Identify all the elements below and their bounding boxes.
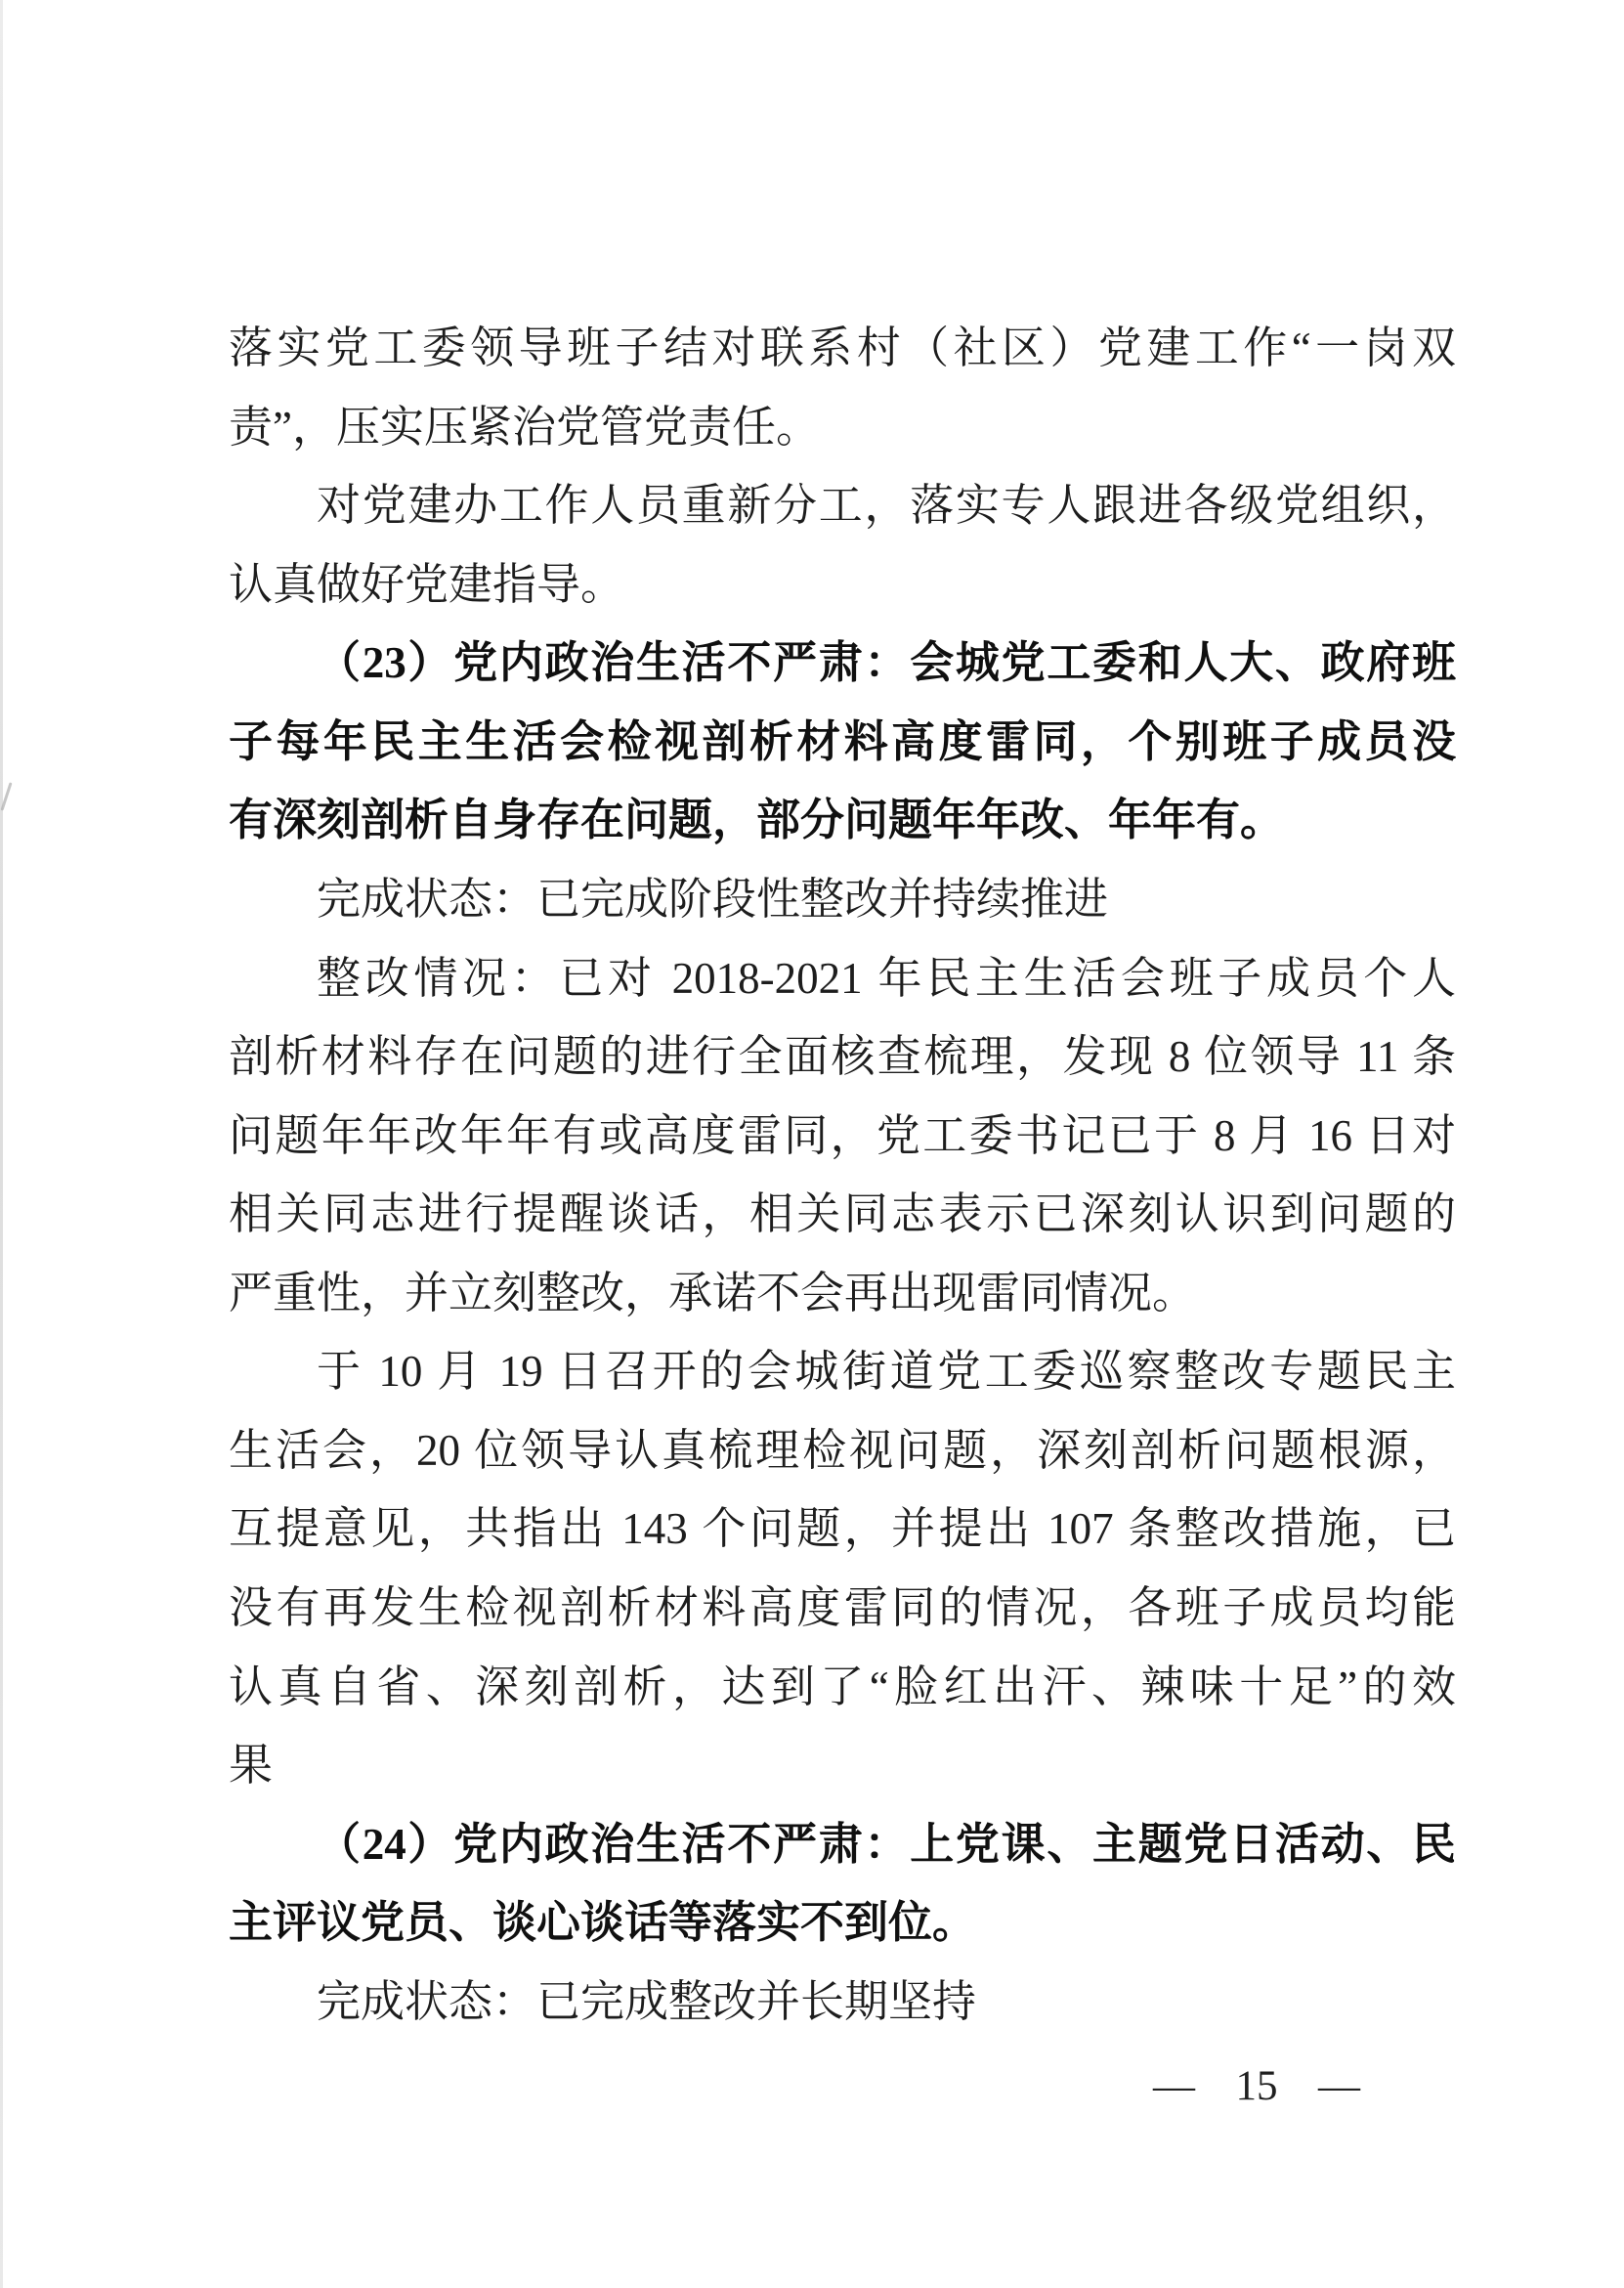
text-line: 剖析材料存在问题的进行全面核查梳理，发现 8 位领导 11 条 xyxy=(229,1017,1456,1097)
text-line: 没有再发生检视剖析材料高度雷同的情况，各班子成员均能 xyxy=(229,1569,1456,1648)
footer-right-dash: — xyxy=(1318,2058,1360,2115)
document-body: 落实党工委领导班子结对联系村（社区）党建工作“一岗双 责”，压实压紧治党管党责任… xyxy=(229,309,1456,2041)
document-page: 落实党工委领导班子结对联系村（社区）党建工作“一岗双 责”，压实压紧治党管党责任… xyxy=(0,0,1624,2288)
text-line: 整改情况：已对 2018-2021 年民主生活会班子成员个人 xyxy=(229,939,1456,1018)
text-line: 认真自省、深刻剖析，达到了“脸红出汗、辣味十足”的效 xyxy=(229,1648,1456,1727)
issue-heading-line: （24）党内政治生活不严肃：上党课、主题党日活动、民 xyxy=(229,1805,1456,1884)
text-line: 生活会，20 位领导认真梳理检视问题，深刻剖析问题根源， xyxy=(229,1411,1456,1490)
paragraph-dangjianban: 对党建办工作人员重新分工，落实专人跟进各级党组织， 认真做好党建指导。 xyxy=(229,466,1456,624)
text-line: 落实党工委领导班子结对联系村（社区）党建工作“一岗双 xyxy=(229,309,1456,388)
page-number: 15 xyxy=(1236,2058,1278,2115)
text-line: 于 10 月 19 日召开的会城街道党工委巡察整改专题民主 xyxy=(229,1332,1456,1411)
text-line: 相关同志进行提醒谈话，相关同志表示已深刻认识到问题的 xyxy=(229,1175,1456,1254)
text-line: 严重性，并立刻整改，承诺不会再出现雷同情况。 xyxy=(229,1254,1456,1333)
issue-heading-line: 主评议党员、谈心谈话等落实不到位。 xyxy=(229,1883,1456,1963)
page-footer: — 15 — xyxy=(1153,2058,1360,2115)
issue-24-heading: （24）党内政治生活不严肃：上党课、主题党日活动、民 主评议党员、谈心谈话等落实… xyxy=(229,1805,1456,1963)
issue-heading-line: （23）党内政治生活不严肃：会城党工委和人大、政府班 xyxy=(229,624,1456,703)
issue-heading-line: 有深刻剖析自身存在问题，部分问题年年改、年年有。 xyxy=(229,781,1456,860)
text-line: 互提意见，共指出 143 个问题，并提出 107 条整改措施，已 xyxy=(229,1489,1456,1569)
completion-status-line: 完成状态：已完成整改并长期坚持 xyxy=(229,1963,1456,2042)
issue-23-rectification-details: 整改情况：已对 2018-2021 年民主生活会班子成员个人 剖析材料存在问题的… xyxy=(229,939,1456,1333)
text-line: 果 xyxy=(229,1726,1456,1805)
issue-heading-line: 子每年民主生活会检视剖析材料高度雷同，个别班子成员没 xyxy=(229,703,1456,782)
text-line: 认真做好党建指导。 xyxy=(229,545,1456,625)
text-line: 对党建办工作人员重新分工，落实专人跟进各级党组织， xyxy=(229,466,1456,545)
text-line: 问题年年改年年有或高度雷同，党工委书记已于 8 月 16 日对 xyxy=(229,1097,1456,1176)
text-line: 责”，压实压紧治党管党责任。 xyxy=(229,388,1456,467)
footer-left-dash: — xyxy=(1153,2058,1195,2115)
paragraph-yigangshuang: 落实党工委领导班子结对联系村（社区）党建工作“一岗双 责”，压实压紧治党管党责任… xyxy=(229,309,1456,466)
issue-23-rectification-meeting: 于 10 月 19 日召开的会城街道党工委巡察整改专题民主 生活会，20 位领导… xyxy=(229,1332,1456,1804)
issue-23-heading: （23）党内政治生活不严肃：会城党工委和人大、政府班 子每年民主生活会检视剖析材… xyxy=(229,624,1456,860)
issue-24-completion-status: 完成状态：已完成整改并长期坚持 xyxy=(229,1963,1456,2042)
completion-status-line: 完成状态：已完成阶段性整改并持续推进 xyxy=(229,860,1456,939)
scan-edge-artifact xyxy=(0,0,3,2288)
issue-23-completion-status: 完成状态：已完成阶段性整改并持续推进 xyxy=(229,860,1456,939)
